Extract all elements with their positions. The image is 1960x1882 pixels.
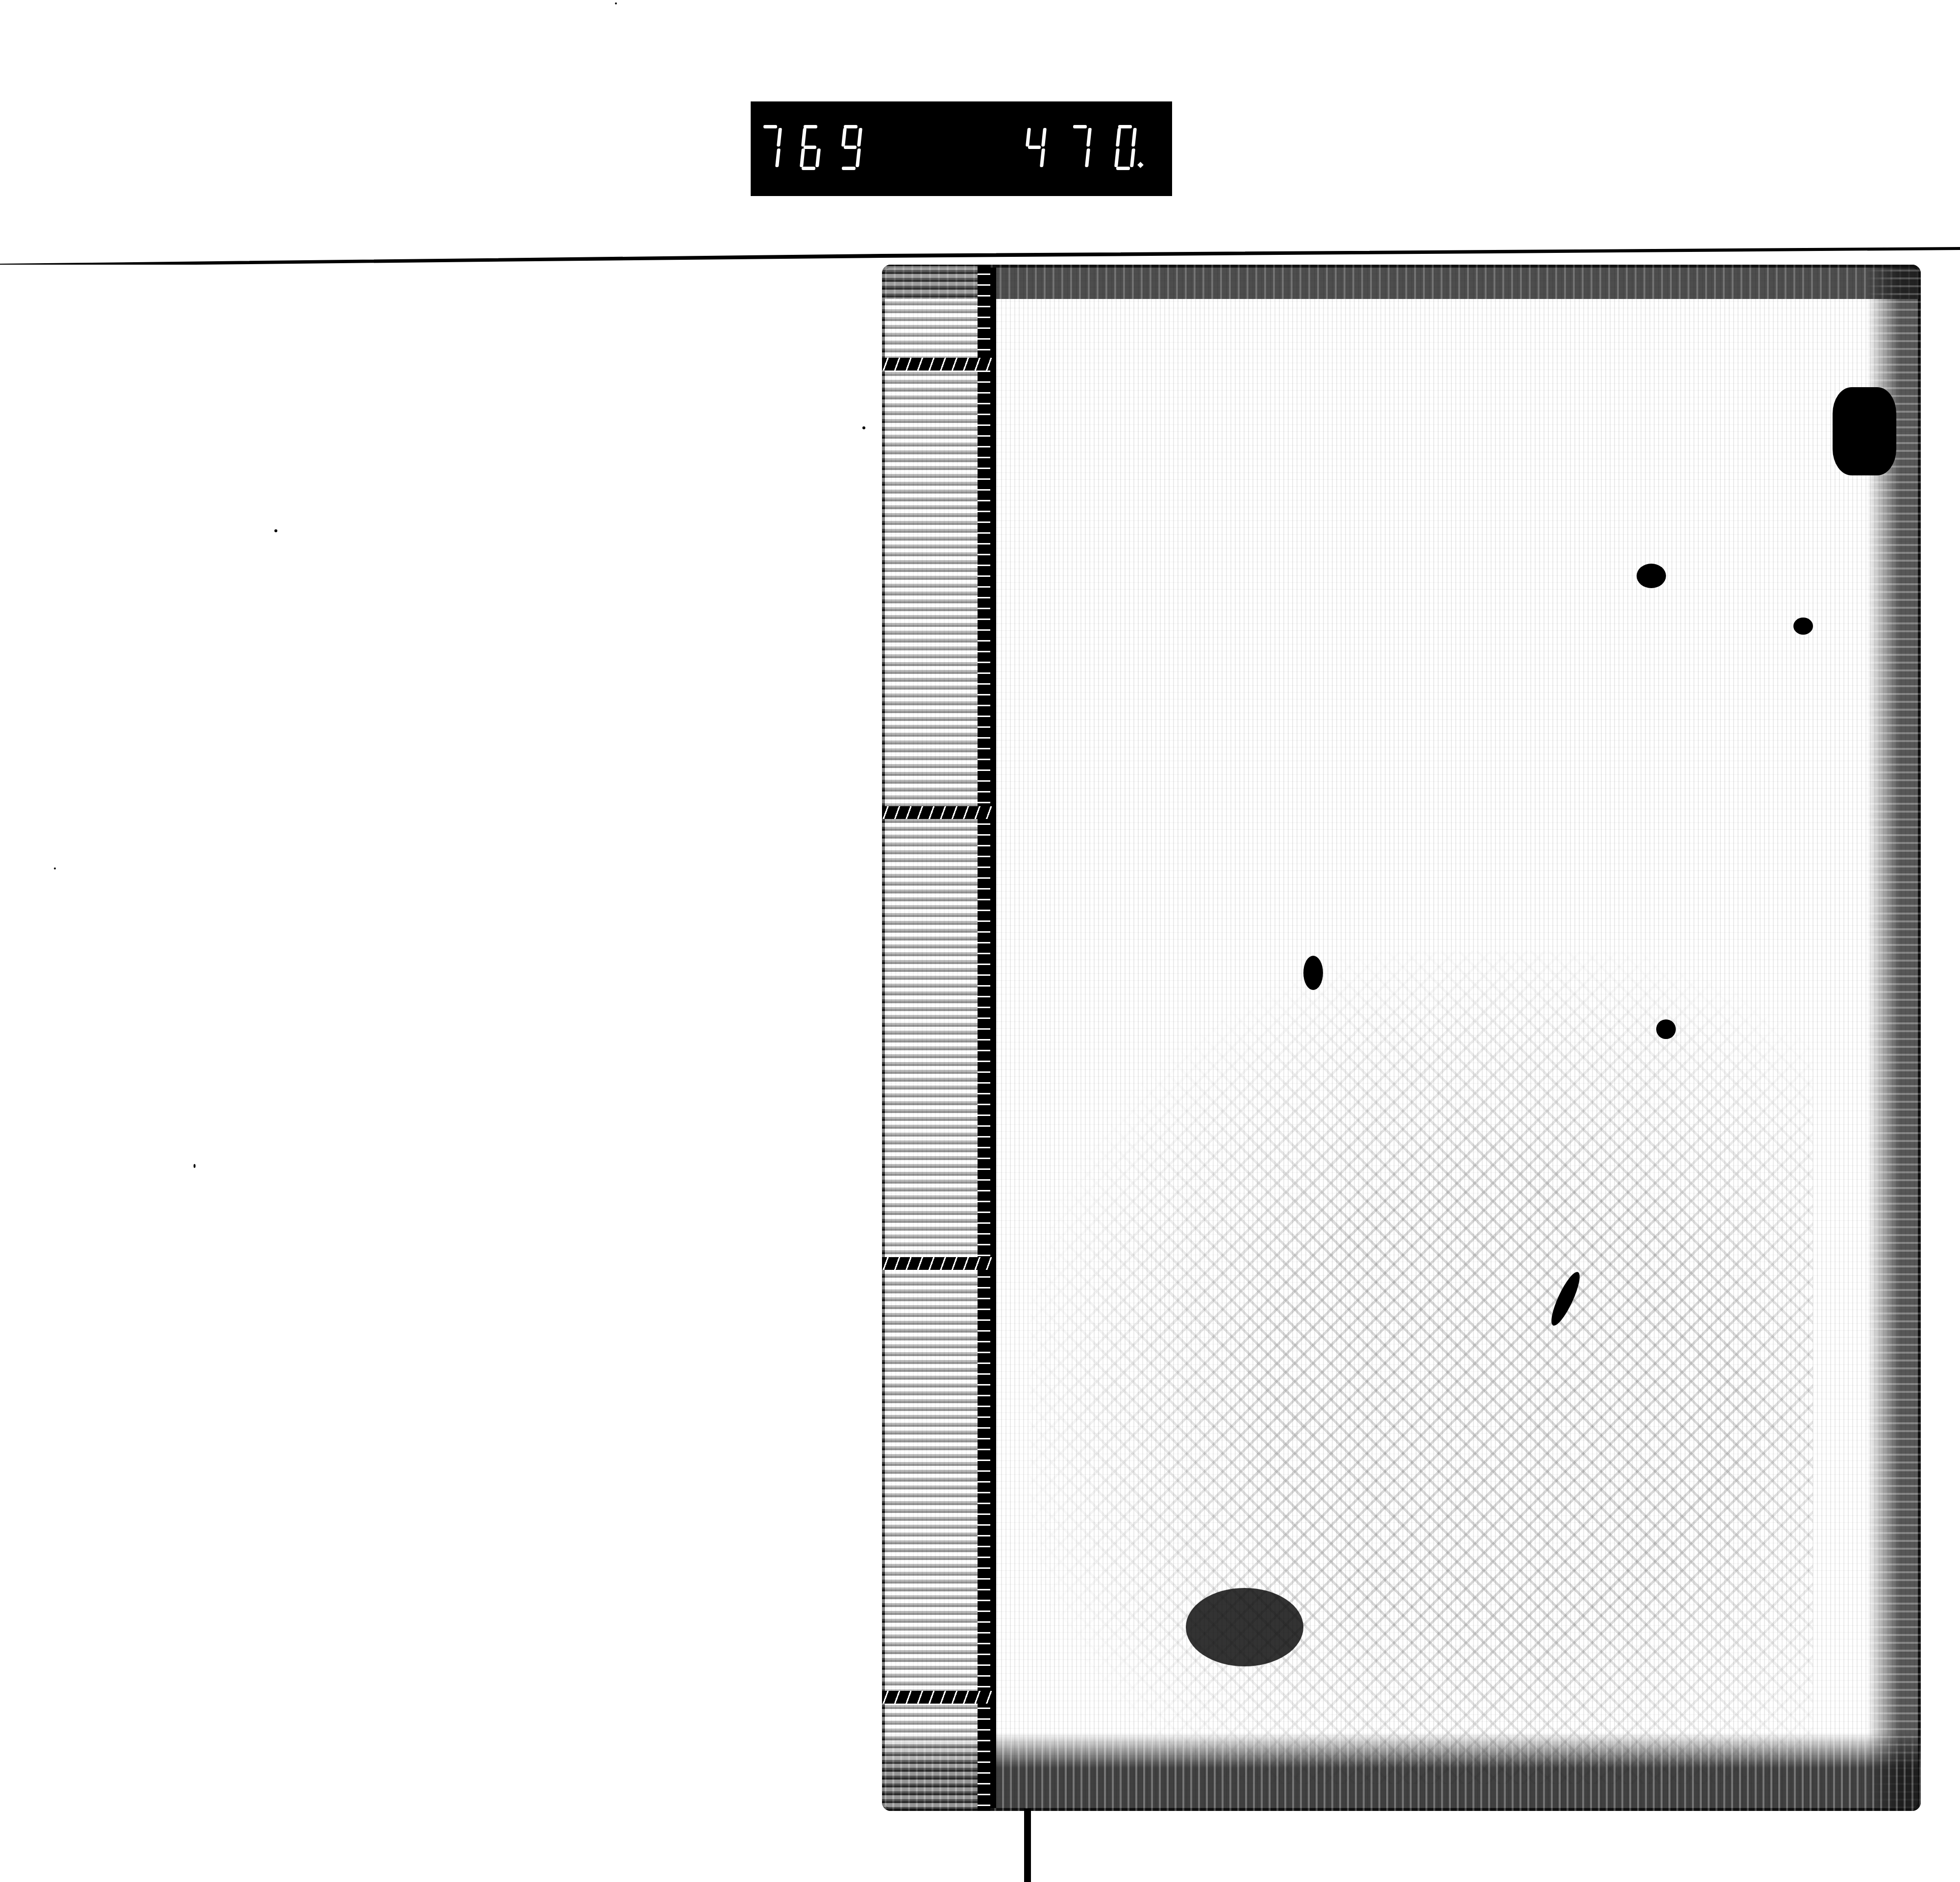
frame-counter-left (760, 125, 861, 170)
worn-top-edge (882, 265, 1921, 299)
worn-bottom-edge (882, 1733, 1921, 1811)
worn-right-edge (1867, 265, 1921, 1811)
spine-strip (882, 265, 980, 1811)
binding-stitch (882, 1691, 992, 1704)
seven-segment-digit (841, 125, 861, 170)
ink-blot (1656, 1019, 1676, 1039)
lozenge-pattern (1029, 951, 1813, 1784)
seven-segment-digit (801, 125, 821, 170)
dust-speck (274, 529, 277, 532)
ink-blot (1833, 387, 1896, 475)
ink-blot (1303, 956, 1323, 990)
ink-blot (1637, 564, 1666, 588)
frame-counter-plate: 769 470. (751, 101, 1172, 196)
seven-segment-digit (760, 125, 781, 170)
binding-stitch (882, 806, 992, 819)
seven-segment-digit (1025, 125, 1046, 170)
ink-blot (1186, 1588, 1303, 1666)
page-marker-stub (1024, 1808, 1031, 1882)
dust-speck (615, 2, 617, 4)
binding-stitch (882, 1257, 992, 1270)
dust-speck (194, 1164, 196, 1168)
frame-counter-right (1025, 125, 1136, 170)
ink-blot (1793, 618, 1813, 635)
book-cover (882, 265, 1921, 1811)
dust-speck (862, 426, 865, 429)
seven-segment-digit (1115, 125, 1136, 170)
binding-cord (978, 265, 990, 1811)
dust-speck (54, 867, 56, 869)
table-edge-line (0, 245, 1960, 265)
seven-segment-digit (1070, 125, 1091, 170)
binding-stitch (882, 358, 992, 371)
